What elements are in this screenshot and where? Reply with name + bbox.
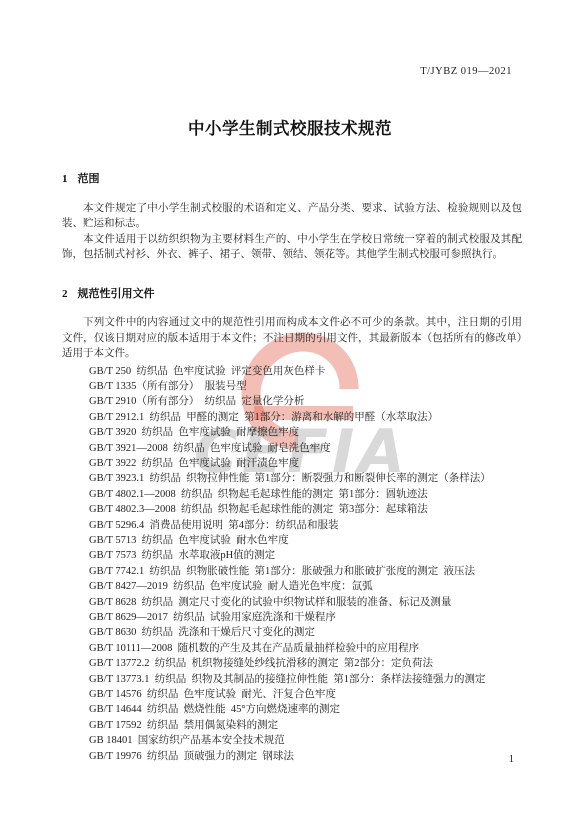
document-page: CEFIA T/JYBZ 019—2021 中小学生制式校服技术规范 1范围 本… — [0, 0, 580, 820]
document-title: 中小学生制式校服技术规范 — [0, 115, 580, 139]
reference-item: GB/T 8628 纺织品 测定尺寸变化的试验中织物试样和服装的准备、标记及测量 — [89, 595, 522, 610]
section-2-title: 规范性引用文件 — [78, 288, 155, 300]
reference-item: GB/T 8630 纺织品 洗涤和干燥后尺寸变化的测定 — [89, 625, 522, 640]
reference-item: GB/T 8629—2017 纺织品 试验用家庭洗涤和干燥程序 — [89, 610, 522, 625]
section-1-title: 范围 — [78, 173, 100, 185]
reference-item: GB/T 8427—2019 纺织品 色牢度试验 耐人造光色牢度：氙弧 — [89, 579, 522, 594]
reference-item: GB/T 3920 纺织品 色牢度试验 耐摩擦色牢度 — [89, 425, 522, 440]
reference-item: GB/T 3923.1 纺织品 织物拉伸性能 第1部分：断裂强力和断裂伸长率的测… — [89, 471, 522, 486]
reference-item: GB/T 4802.1—2008 纺织品 织物起毛起球性能的测定 第1部分：圆轨… — [89, 487, 522, 502]
reference-item: GB/T 250 纺织品 色牢度试验 评定变色用灰色样卡 — [89, 364, 522, 379]
reference-item: GB/T 3921—2008 纺织品 色牢度试验 耐皂洗色牢度 — [89, 441, 522, 456]
reference-item: GB/T 14644 纺织品 燃烧性能 45°方向燃烧速率的测定 — [89, 702, 522, 717]
reference-item: GB/T 1335（所有部分） 服装号型 — [89, 379, 522, 394]
reference-item: GB/T 5713 纺织品 色牢度试验 耐水色牢度 — [89, 533, 522, 548]
reference-item: GB/T 4802.3—2008 纺织品 织物起毛起球性能的测定 第3部分：起球… — [89, 502, 522, 517]
reference-item: GB/T 14576 纺织品 色牢度试验 耐光、汗复合色牢度 — [89, 687, 522, 702]
scope-paragraph-2: 本文件适用于以纺织织物为主要材料生产的、中小学生在学校日常统一穿着的制式校服及其… — [62, 232, 522, 263]
reference-item: GB/T 13772.2 纺织品 机织物接缝处纱线抗滑移的测定 第2部分：定负荷… — [89, 656, 522, 671]
reference-item: GB/T 17592 纺织品 禁用偶氮染料的测定 — [89, 718, 522, 733]
section-2-number: 2 — [62, 288, 68, 300]
reference-item: GB/T 2912.1 纺织品 甲醛的测定 第1部分：游离和水解的甲醛（水萃取法… — [89, 410, 522, 425]
references-intro-paragraph: 下列文件中的内容通过文中的规范性引用而构成本文件必不可少的条款。其中，注日期的引… — [62, 315, 522, 362]
reference-item: GB/T 10111—2008 随机数的产生及其在产品质量抽样检验中的应用程序 — [89, 641, 522, 656]
scope-paragraph-1: 本文件规定了中小学生制式校服的术语和定义、产品分类、要求、试验方法、检验规则以及… — [62, 201, 522, 232]
reference-item: GB/T 5296.4 消费品使用说明 第4部分：纺织品和服装 — [89, 518, 522, 533]
reference-item: GB/T 7742.1 纺织品 织物胀破性能 第1部分：胀破强力和胀破扩张度的测… — [89, 564, 522, 579]
standard-number: T/JYBZ 019—2021 — [420, 66, 512, 77]
reference-item: GB/T 19976 纺织品 顶破强力的测定 钢球法 — [89, 749, 522, 764]
reference-item: GB/T 2910（所有部分） 纺织品 定量化学分析 — [89, 394, 522, 409]
reference-item: GB 18401 国家纺织产品基本安全技术规范 — [89, 733, 522, 748]
reference-item: GB/T 3922 纺织品 色牢度试验 耐汗渍色牢度 — [89, 456, 522, 471]
body-text-block: 1范围 本文件规定了中小学生制式校服的术语和定义、产品分类、要求、试验方法、检验… — [62, 172, 522, 764]
reference-item: GB/T 13773.1 纺织品 织物及其制品的接缝拉伸性能 第1部分：条样法接… — [89, 672, 522, 687]
section-1-heading: 1范围 — [62, 172, 522, 188]
references-list: GB/T 250 纺织品 色牢度试验 评定变色用灰色样卡GB/T 1335（所有… — [62, 364, 522, 765]
page-number: 1 — [509, 754, 514, 765]
reference-item: GB/T 7573 纺织品 水萃取液pH值的测定 — [89, 548, 522, 563]
section-1-number: 1 — [62, 173, 68, 185]
section-2-heading: 2规范性引用文件 — [62, 287, 522, 303]
